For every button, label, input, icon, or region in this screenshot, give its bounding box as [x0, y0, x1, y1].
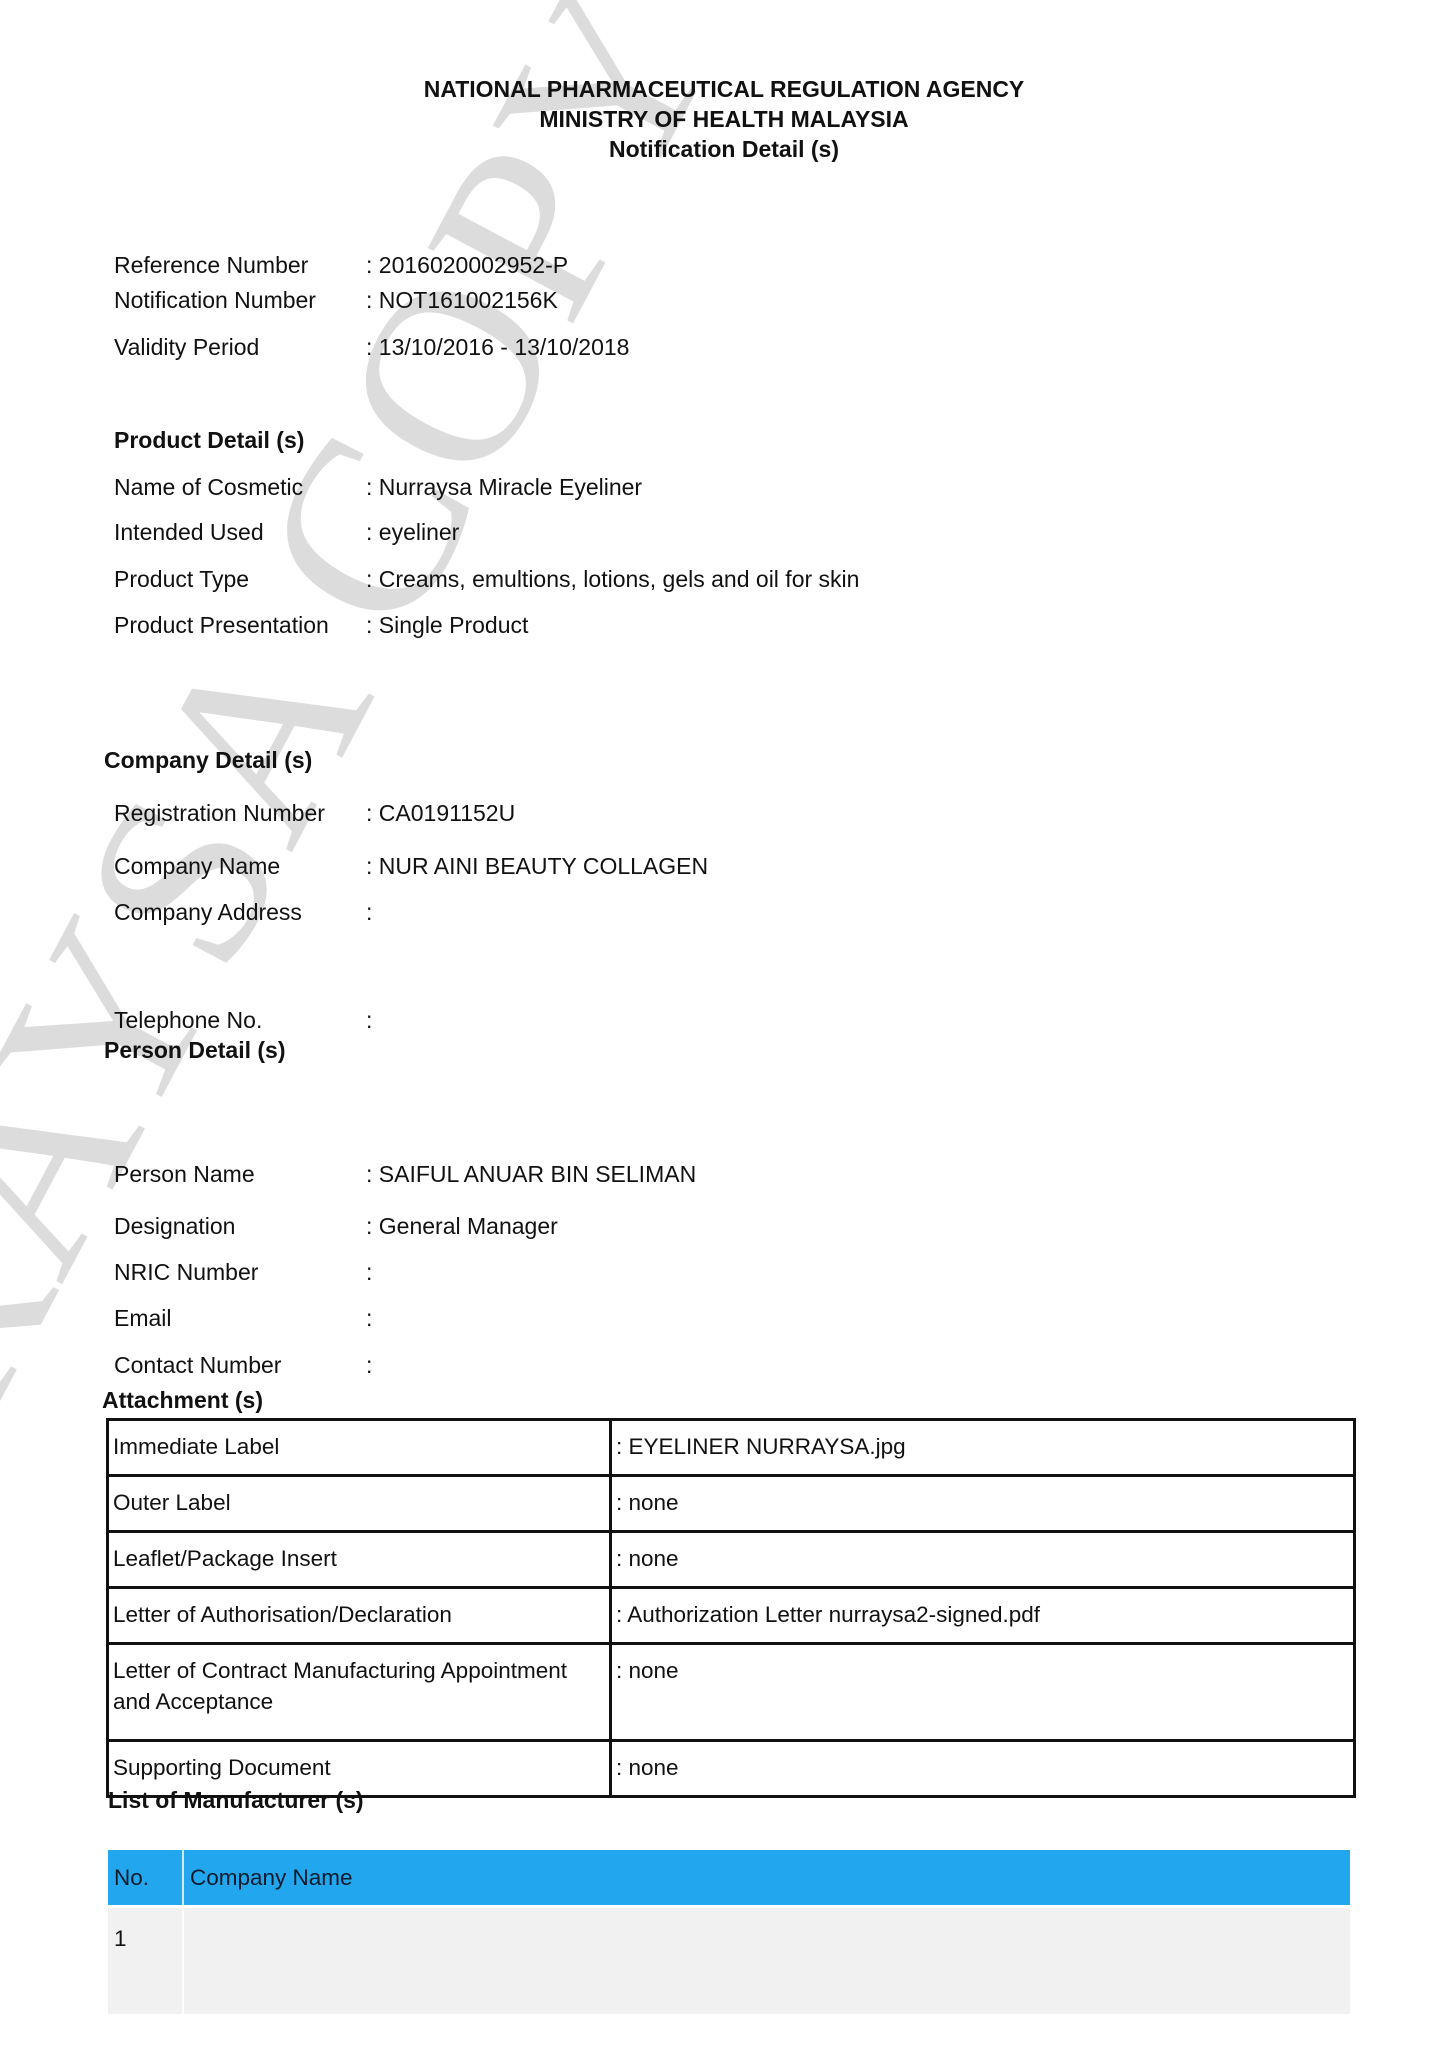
company-name-value: : NUR AINI BEAUTY COLLAGEN — [366, 852, 708, 880]
registration-number-value: : CA0191152U — [366, 799, 515, 827]
attachment-value: : Authorization Letter nurraysa2-signed.… — [611, 1588, 1355, 1644]
attachment-label: Leaflet/Package Insert — [108, 1532, 611, 1588]
notification-document: NATIONAL PHARMACEUTICAL REGULATION AGENC… — [0, 0, 1448, 2048]
notification-number-value: : NOT161002156K — [366, 286, 558, 314]
table-row: Letter of Contract Manufacturing Appoint… — [108, 1644, 1355, 1741]
nric-label: NRIC Number — [114, 1258, 258, 1286]
person-name-value: : SAIFUL ANUAR BIN SELIMAN — [366, 1160, 696, 1188]
designation-value: : General Manager — [366, 1212, 558, 1240]
attachment-label: Letter of Authorisation/Declaration — [108, 1588, 611, 1644]
manufacturer-table: No. Company Name 1 — [108, 1850, 1350, 2014]
contact-number-value: : — [366, 1351, 372, 1379]
attachment-label: Letter of Contract Manufacturing Appoint… — [108, 1644, 611, 1741]
attachment-label: Outer Label — [108, 1476, 611, 1532]
attachment-table: Immediate Label : EYELINER NURRAYSA.jpg … — [106, 1418, 1356, 1798]
attachment-value: : none — [611, 1741, 1355, 1797]
agency-title: NATIONAL PHARMACEUTICAL REGULATION AGENC… — [0, 74, 1448, 104]
registration-number-label: Registration Number — [114, 799, 325, 827]
company-address-label: Company Address — [114, 898, 302, 926]
company-detail-heading: Company Detail (s) — [104, 746, 312, 774]
attachment-value: : EYELINER NURRAYSA.jpg — [611, 1420, 1355, 1476]
document-title: Notification Detail (s) — [0, 134, 1448, 164]
column-header-no: No. — [108, 1850, 182, 1905]
cosmetic-name-value: : Nurraysa Miracle Eyeliner — [366, 473, 642, 501]
nric-value: : — [366, 1258, 372, 1286]
validity-period-label: Validity Period — [114, 333, 259, 361]
company-name-label: Company Name — [114, 852, 280, 880]
intended-used-value: : eyeliner — [366, 518, 459, 546]
manufacturer-company-name — [182, 1905, 1350, 2014]
product-detail-heading: Product Detail (s) — [114, 426, 304, 454]
notification-number-label: Notification Number — [114, 286, 316, 314]
reference-number-label: Reference Number — [114, 251, 308, 279]
table-row: Outer Label : none — [108, 1476, 1355, 1532]
contact-number-label: Contact Number — [114, 1351, 281, 1379]
email-label: Email — [114, 1304, 172, 1332]
telephone-label: Telephone No. — [114, 1006, 262, 1034]
email-value: : — [366, 1304, 372, 1332]
person-detail-heading: Person Detail (s) — [104, 1036, 286, 1064]
reference-number-value: : 2016020002952-P — [366, 251, 568, 279]
intended-used-label: Intended Used — [114, 518, 264, 546]
product-presentation-value: : Single Product — [366, 611, 528, 639]
validity-period-value: : 13/10/2016 - 13/10/2018 — [366, 333, 629, 361]
person-name-label: Person Name — [114, 1160, 255, 1188]
attachment-value: : none — [611, 1476, 1355, 1532]
attachment-value: : none — [611, 1532, 1355, 1588]
manufacturer-no: 1 — [108, 1905, 182, 2014]
ministry-title: MINISTRY OF HEALTH MALAYSIA — [0, 104, 1448, 134]
table-row: 1 — [108, 1905, 1350, 2014]
table-row: Leaflet/Package Insert : none — [108, 1532, 1355, 1588]
company-address-value: : — [366, 898, 372, 926]
manufacturer-heading: List of Manufacturer (s) — [108, 1786, 364, 1814]
product-type-label: Product Type — [114, 565, 249, 593]
designation-label: Designation — [114, 1212, 235, 1240]
cosmetic-name-label: Name of Cosmetic — [114, 473, 303, 501]
table-row: Immediate Label : EYELINER NURRAYSA.jpg — [108, 1420, 1355, 1476]
product-presentation-label: Product Presentation — [114, 611, 329, 639]
attachment-value: : none — [611, 1644, 1355, 1741]
attachment-label: Immediate Label — [108, 1420, 611, 1476]
column-header-company-name: Company Name — [182, 1850, 1350, 1905]
product-type-value: : Creams, emultions, lotions, gels and o… — [366, 565, 859, 593]
table-row: Letter of Authorisation/Declaration : Au… — [108, 1588, 1355, 1644]
table-header-row: No. Company Name — [108, 1850, 1350, 1905]
telephone-value: : — [366, 1006, 372, 1034]
attachment-heading: Attachment (s) — [102, 1386, 263, 1414]
